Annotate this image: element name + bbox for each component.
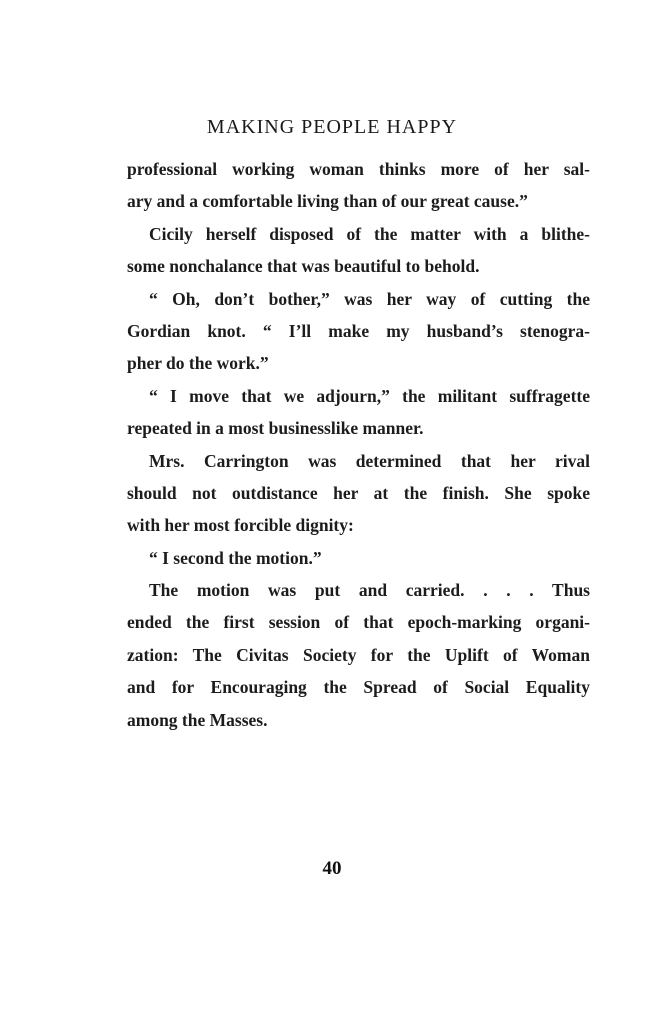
text-line: ended the first session of that epoch-ma… — [127, 606, 590, 638]
text-line: Mrs. Carrington was determined that her … — [127, 445, 590, 477]
text-line: “ I second the motion.” — [127, 542, 590, 574]
text-line: repeated in a most businesslike manner. — [127, 412, 590, 444]
text-line: and for Encouraging the Spread of Social… — [127, 671, 590, 703]
text-line: with her most forcible dignity: — [127, 509, 590, 541]
text-line: professional working woman thinks more o… — [127, 153, 590, 185]
text-line: should not outdistance her at the finish… — [127, 477, 590, 509]
text-line: some nonchalance that was beautiful to b… — [127, 250, 590, 282]
text-line: “ I move that we adjourn,” the militant … — [127, 380, 590, 412]
page-number: 40 — [0, 858, 664, 880]
text-line: among the Masses. — [127, 704, 590, 736]
text-line: zation: The Civitas Society for the Upli… — [127, 639, 590, 671]
text-line: “ Oh, don’t bother,” was her way of cutt… — [127, 283, 590, 315]
book-page: MAKING PEOPLE HAPPY professional working… — [0, 0, 664, 1033]
body-text: professional working woman thinks more o… — [127, 153, 590, 736]
text-line: Cicily herself disposed of the matter wi… — [127, 218, 590, 250]
text-line: Gordian knot. “ I’ll make my husband’s s… — [127, 315, 590, 347]
text-line: ary and a comfortable living than of our… — [127, 185, 590, 217]
text-line: The motion was put and carried. . . . Th… — [127, 574, 590, 606]
running-head: MAKING PEOPLE HAPPY — [0, 116, 664, 139]
text-line: pher do the work.” — [127, 347, 590, 379]
